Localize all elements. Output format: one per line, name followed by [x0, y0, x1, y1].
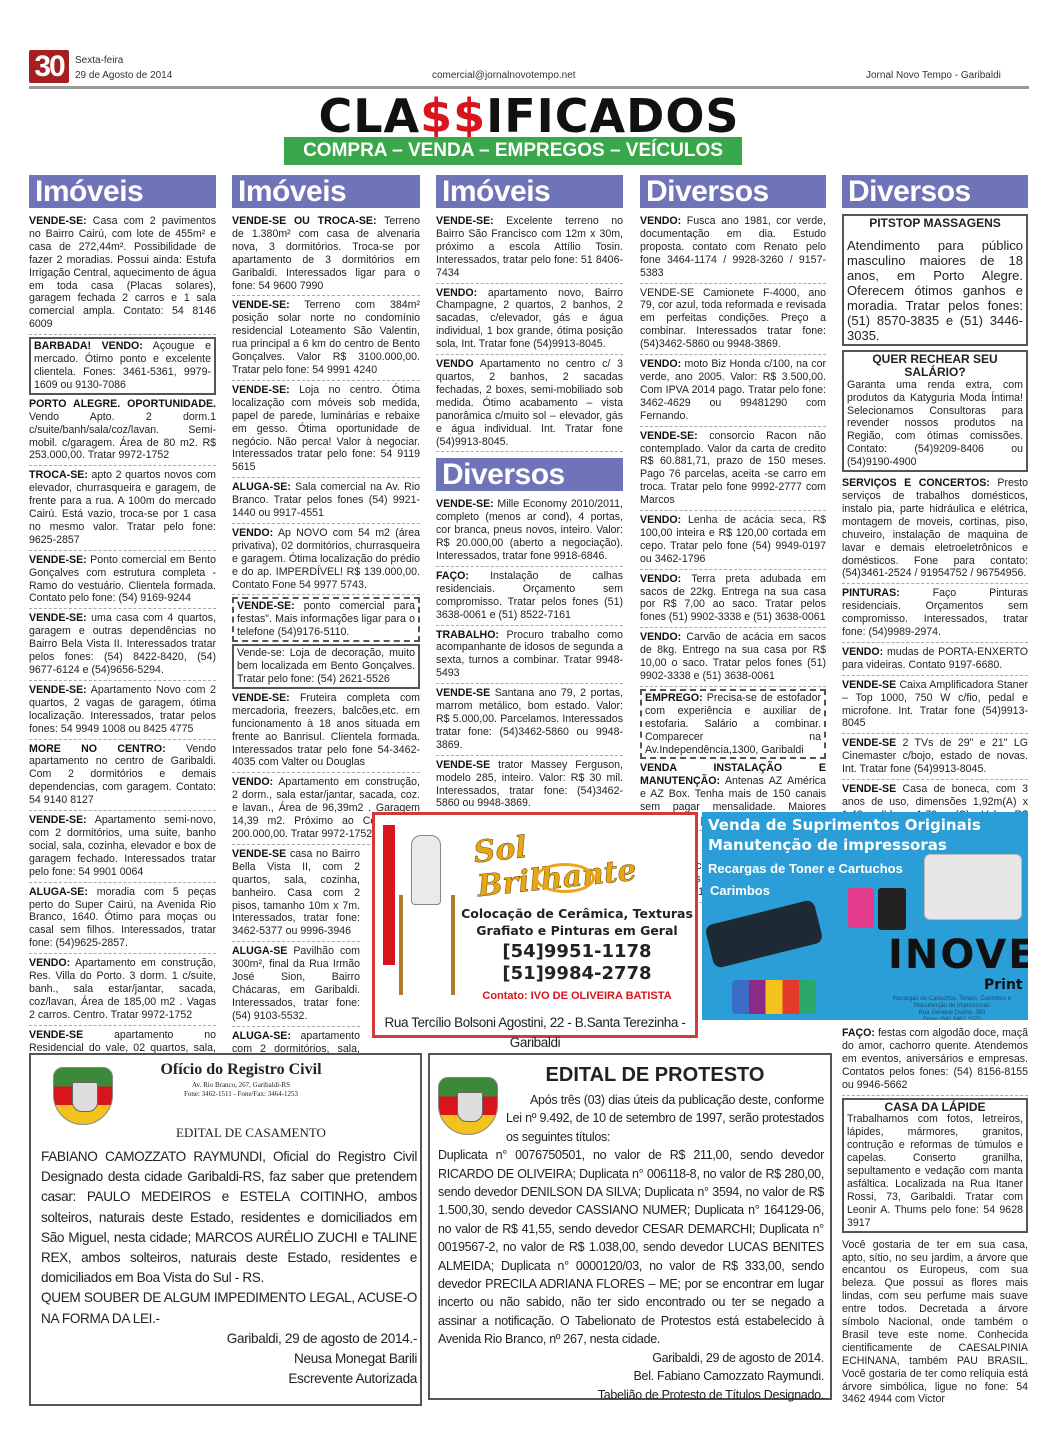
classified-ad: VENDE-SE trator Massey Ferguson, modelo …: [436, 758, 623, 815]
column-imoveis-1: Imóveis VENDE-SE: Casa com 2 pavimentos …: [29, 175, 216, 1086]
classified-ad: VENDE-SE Camionete F-4000, ano 79, cor a…: [640, 286, 826, 356]
classified-ad: VENDO: Ap NOVO com 54 m2 (área privativa…: [232, 526, 420, 596]
address: Rua Tercílio Bolsoni Agostini, 22 - B.Sa…: [379, 1013, 691, 1053]
ad-lead: FAÇO:: [842, 1027, 875, 1039]
ad-text: Apartamento no centro c/ 3 quartos, 2 ba…: [436, 358, 623, 447]
ad-lead: EMPREGO:: [645, 692, 703, 704]
ad-lead: VENDE-SE: [842, 679, 896, 691]
ink-cartridge-icon: [848, 888, 874, 928]
classified-ad: VENDO: Lenha de acácia seca, R$ 100,00 i…: [640, 513, 826, 570]
classified-ad: VENDO: Terra preta adubada em sacos de 2…: [640, 572, 826, 629]
section-heading-diversos: Diversos: [436, 458, 623, 491]
inove-details: Recargas de Cartuchos, Toners, Carimbos …: [882, 996, 1022, 1020]
classified-ad: FAÇO: festas com algodão doce, maçã do a…: [842, 1026, 1028, 1096]
classified-ad: VENDE-SE: Mille Economy 2010/2011, compl…: [436, 497, 623, 567]
ad-title: QUER RECHEAR SEU SALÁRIO?: [847, 353, 1023, 379]
ad-text: Presto serviços de trabalhos domésticos,…: [842, 477, 1028, 579]
brand-name: Sol Brilhante: [472, 814, 698, 905]
salario-ad: QUER RECHEAR SEU SALÁRIO? Garanta uma re…: [842, 350, 1028, 472]
ad-text: Loja no centro. Ótima localização com mó…: [232, 384, 420, 473]
edital-casamento: Ofício do Registro Civil Av. Rio Branco,…: [29, 1053, 422, 1406]
column-diversos-1: Diversos VENDO: Fusca ano 1981, cor verd…: [640, 175, 826, 905]
ad-lead: VENDO:: [640, 631, 681, 643]
classified-ad: TRABALHO: Procuro trabalho como acompanh…: [436, 628, 623, 685]
classified-ad: VENDO: mudas de PORTA-ENXERTO para videi…: [842, 645, 1028, 676]
casa-da-lapide-ad: CASA DA LÁPIDE Trabalhamos com fotos, le…: [842, 1098, 1028, 1233]
ad-line: Carimbos: [710, 882, 770, 899]
classified-ad: VENDE-SE: Terreno com 384m² posição sola…: [232, 298, 420, 380]
office-address: Av. Rio Branco, 267, Garibaldi-RS: [151, 1081, 331, 1090]
section-heading: Diversos: [842, 175, 1028, 208]
ad-lead: BARBADA! VENDO:: [34, 340, 143, 352]
classified-ad: TROCA-SE: apto 2 quartos novos com eleva…: [29, 468, 216, 550]
ad-lead: VENDE-SE: [232, 848, 286, 860]
ad-lead: VENDE-SE:: [436, 498, 494, 510]
inove-logo: INOVE: [888, 934, 1028, 976]
ad-lead: VENDO:: [232, 527, 273, 539]
classified-ad: VENDE-SE: Ponto comercial em Bento Gonça…: [29, 553, 216, 610]
ad-lead: VENDO: [436, 358, 474, 370]
ad-lead: VENDE-SE:: [237, 600, 295, 612]
ad-lead: VENDE-SE: [436, 687, 490, 699]
contact-name: Contato: IVO DE OLIVEIRA BATISTA: [461, 989, 693, 1003]
classified-ad: ALUGA-SE Pavilhão com 300m², final da Ru…: [232, 944, 360, 1026]
ad-lead: SERVIÇOS E CONCERTOS:: [842, 477, 990, 489]
ad-lead: VENDO:: [640, 573, 681, 585]
classified-ad: VENDE-SE: Fruteira completa com mercador…: [232, 691, 420, 773]
ad-lead: PORTO ALEGRE. OPORTUNIDADE.: [29, 398, 216, 410]
ad-lead: VENDO:: [640, 215, 681, 227]
classified-ad: VENDE-SE: consorcio Racon não contemplad…: [640, 429, 826, 511]
classified-ad: EMPREGO: Precisa-se de estofador com exp…: [640, 689, 826, 760]
ad-text: VENDE-SE Camionete F-4000, ano 79, cor a…: [640, 287, 826, 351]
column-diversos-2: Diversos PITSTOP MASSAGENS Atendimento p…: [842, 175, 1028, 899]
classified-ad: FAÇO: Instalação de calhas residenciais.…: [436, 569, 623, 626]
classified-ad: VENDE-SE: ponto comercial para festas". …: [232, 597, 420, 642]
phones: [54]9951-1178[51]9984-2778: [461, 941, 693, 985]
newspaper-name: Jornal Novo Tempo - Garibaldi: [866, 70, 1001, 81]
classified-ad: VENDE-SE 2 TVs de 29" e 21" LG Cinemaste…: [842, 736, 1028, 780]
weekday: Sexta-feira: [75, 55, 123, 66]
issue-date: 29 de Agosto de 2014: [75, 70, 172, 81]
section-heading: Imóveis: [436, 175, 623, 208]
sol-brilhante-ad: Sol Brilhante Colocação de Cerâmica, Tex…: [372, 812, 698, 1038]
ad-lead: VENDE-SE: [842, 737, 896, 749]
ad-lead: VENDO:: [29, 957, 70, 969]
edital-heading: EDITAL DE CASAMENTO: [151, 1125, 351, 1141]
classified-ad: VENDO Apartamento no centro c/ 3 quartos…: [436, 357, 623, 452]
ad-text: Vende-se: Loja de decoração, muito bem l…: [237, 647, 415, 685]
classified-ad: PORTO ALEGRE. OPORTUNIDADE. Vendo Apto. …: [29, 397, 216, 467]
office-phones: Fone: 3462-1511 - Fone/Fax: 3464-1253: [151, 1090, 331, 1099]
ad-lead: VENDE-SE:: [29, 554, 87, 566]
ad-lead: VENDE-SE:: [29, 814, 87, 826]
ad-lead: VENDE-SE:: [29, 215, 87, 227]
contact-email[interactable]: comercial@jornalnovotempo.net: [432, 70, 576, 81]
ad-lead: VENDO:: [436, 287, 477, 299]
ad-lead: VENDE-SE: [29, 1029, 83, 1041]
ad-lead: VENDO:: [640, 358, 681, 370]
paint-stroke-icon: [383, 825, 395, 965]
ladder-icon: [399, 895, 455, 995]
page-title: CLA$$IFICADOS: [0, 90, 1058, 142]
section-heading: Imóveis: [232, 175, 420, 208]
classified-ad: VENDE-SE Caixa Amplificadora Staner – To…: [842, 678, 1028, 735]
coat-of-arms-icon: [53, 1067, 113, 1125]
ad-line: Manutenção de impressoras: [708, 836, 947, 855]
pau-brasil-ad: Você gostaria de ter em sua casa, apto, …: [842, 1239, 1028, 1407]
stamps-icon: [732, 980, 816, 1014]
ad-text: casa no Bairro Bella Vista II, com 2 qua…: [232, 848, 360, 937]
ad-lead: TROCA-SE:: [29, 469, 88, 481]
column-imoveis-3: Imóveis VENDE-SE: Excelente terreno no B…: [436, 175, 623, 922]
printer-icon: [924, 854, 1022, 920]
page-number: 30: [29, 50, 69, 83]
classified-ad: VENDE-SE Santana ano 79, 2 portas, marro…: [436, 686, 623, 756]
classified-ad: VENDO: Fusca ano 1981, cor verde, docume…: [640, 214, 826, 284]
ad-lead: VENDE-SE:: [29, 612, 87, 624]
ad-text: Vendo Apto. 2 dorm.1 c/suite/banh/sala/c…: [29, 411, 216, 462]
classified-ad: VENDE-SE: Apartamento Novo com 2 quartos…: [29, 683, 216, 740]
ad-lead: FAÇO:: [436, 570, 469, 582]
ad-lead: VENDO:: [232, 776, 273, 788]
ad-lead: ALUGA-SE: [232, 945, 287, 957]
ad-lead: TRABALHO:: [436, 629, 499, 641]
classified-ad: MORE NO CENTRO: Vendo apartamento no cen…: [29, 742, 216, 812]
ad-lead: VENDE-SE:: [232, 299, 290, 311]
ad-lead: VENDE-SE: [842, 783, 896, 795]
ad-lead: ALUGA-SE:: [29, 886, 88, 898]
ad-line: Venda de Suprimentos Originais: [708, 816, 981, 835]
ad-lead: ALUGA-SE:: [232, 481, 291, 493]
ad-lead: VENDE-SE:: [436, 215, 494, 227]
inove-print-ad: Venda de Suprimentos Originais Manutençã…: [702, 812, 1028, 1020]
ad-lead: VENDE-SE:: [640, 430, 698, 442]
ad-text: Casa com 2 pavimentos no Bairro Cairú, c…: [29, 215, 216, 330]
ad-text: Garanta uma renda extra, com produtos da…: [847, 379, 1023, 469]
ad-lead: ALUGA-SE:: [232, 1030, 291, 1042]
ad-lead: MORE NO CENTRO:: [29, 743, 166, 755]
ink-cartridge-icon: [878, 888, 906, 930]
classified-ad: BARBADA! VENDO: Açougue e mercado. Ótimo…: [29, 337, 216, 395]
services: Colocação de Cerâmica, TexturasGrafiato …: [461, 905, 693, 939]
ad-lead: PINTURAS:: [842, 587, 900, 599]
classified-ad: VENDE-SE OU TROCA-SE: Terreno de 1.380m²…: [232, 214, 420, 296]
edital-heading: EDITAL DE PROTESTO: [490, 1063, 820, 1087]
section-heading: Imóveis: [29, 175, 216, 208]
classified-ad: VENDE-SE: Loja no centro. Ótima localiza…: [232, 383, 420, 478]
ad-title: PITSTOP MASSAGENS: [847, 217, 1023, 230]
painter-icon: [411, 835, 441, 905]
classified-ad: VENDE-SE: Apartamento semi-novo, com 2 d…: [29, 813, 216, 883]
ad-lead: VENDE-SE:: [232, 384, 290, 396]
classified-ad: ALUGA-SE: moradia com 5 peças perto do S…: [29, 885, 216, 955]
office-name: Ofício do Registro Civil: [151, 1061, 331, 1079]
ad-lead: VENDE-SE OU TROCA-SE:: [232, 215, 376, 227]
pitstop-ad: PITSTOP MASSAGENS Atendimento para públi…: [842, 214, 1028, 346]
classified-ad: VENDE-SE: Casa com 2 pavimentos no Bairr…: [29, 214, 216, 335]
edital-body: Após três (03) dias úteis da publicação …: [438, 1091, 824, 1404]
ad-lead: VENDO:: [640, 514, 681, 526]
ad-lead: VENDE-SE:: [29, 684, 87, 696]
classified-ad: ALUGA-SE: Sala comercial na Av. Rio Bran…: [232, 480, 420, 524]
toner-icon: [704, 899, 823, 969]
classified-ad: VENDO: apartamento novo, Bairro Champagn…: [436, 286, 623, 356]
classified-ad: VENDO: moto Biz Honda c/100, na cor verd…: [640, 357, 826, 427]
column-diversos-bottom: FAÇO: festas com algodão doce, maçã do a…: [842, 1026, 1028, 1406]
edital-protesto: EDITAL DE PROTESTO Após três (03) dias ú…: [428, 1053, 832, 1400]
inove-logo-sub: Print: [984, 977, 1023, 993]
ad-lead: VENDE-SE: [436, 759, 490, 771]
ad-lead: VENDE-SE:: [232, 692, 290, 704]
classified-ad: SERVIÇOS E CONCERTOS: Presto serviços de…: [842, 476, 1028, 584]
classified-ad: VENDE-SE: Excelente terreno no Bairro Sã…: [436, 214, 623, 284]
ad-title: CASA DA LÁPIDE: [847, 1101, 1023, 1114]
ad-text: Trabalhamos com fotos, letreiros, lápide…: [847, 1113, 1023, 1229]
sun-icon: [535, 863, 595, 893]
classified-ad: VENDO: Carvão de acácia em sacos de 8kg.…: [640, 630, 826, 687]
classified-ad: VENDE-SE casa no Bairro Bella Vista II, …: [232, 847, 360, 942]
ad-lead: VENDO:: [842, 646, 883, 658]
classified-ad: PINTURAS: Faço Pinturas residenciais. Or…: [842, 586, 1028, 643]
ad-text: Atendimento para público masculino maior…: [847, 238, 1023, 343]
classified-ad: VENDO: Apartamento em construção, Res. V…: [29, 956, 216, 1026]
category-banner: COMPRA – VENDA – EMPREGOS – VEÍCULOS: [284, 137, 742, 165]
section-heading: Diversos: [640, 175, 826, 208]
edital-body: FABIANO CAMOZZATO RAYMUNDI, Oficial do R…: [41, 1147, 417, 1389]
classified-ad: Vende-se: Loja de decoração, muito bem l…: [232, 644, 420, 689]
classified-ad: VENDE-SE: uma casa com 4 quartos, garage…: [29, 611, 216, 681]
ad-line: Recargas de Toner e Cartuchos: [708, 860, 903, 877]
